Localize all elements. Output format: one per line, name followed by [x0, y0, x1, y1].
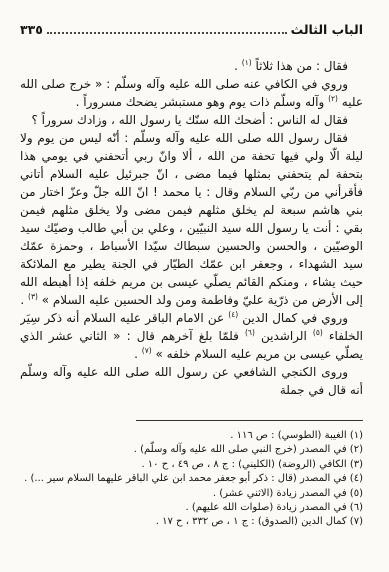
paragraph-text: وآله وسلّم ذات يوم وهو مستبشر يضحك مسرور… [76, 95, 328, 109]
paragraph-text: فقال : من هذا ثلاثاً [252, 59, 348, 73]
footnote-item-4: (٤) في المصدر (قال : ذكر أبو جعفر محمد ا… [20, 472, 363, 486]
paragraph-text: . [234, 59, 242, 73]
paragraph-text: فقال له الناس : أضحك الله سنّك يا رسول ا… [31, 113, 348, 127]
footnote-marker-5: (٥) [313, 328, 323, 337]
footnote-item-6: (٦) في المصدر زيادة (صلوات الله عليهم) . [20, 501, 363, 515]
paragraph-3: فقال له الناس : أضحك الله سنّك يا رسول ا… [20, 111, 363, 129]
paragraph-text: وروي في كمال الدين [238, 311, 348, 325]
footnote-item-5: (٥) في المصدر زيادة (الاثني عشر) . [20, 487, 363, 501]
paragraph-4: فقال رسول الله صلى الله عليه وآله وسلّم … [20, 129, 363, 309]
footnote-list: (١) الغيبة (الطوسي) : ص ١١٦ . (٢) في الم… [20, 429, 363, 530]
paragraph-text: فقال رسول الله صلى الله عليه وآله وسلّم … [20, 131, 363, 307]
main-text: فقال : من هذا ثلاثاً (١) . وروي في الكاف… [20, 57, 363, 399]
footnote-separator [136, 420, 363, 421]
page-header: الباب الثالث ٣٣٥ [20, 22, 363, 37]
book-page: الباب الثالث ٣٣٥ فقال : من هذا ثلاثاً (١… [0, 0, 389, 572]
footnote-marker-7: (٧) [142, 346, 152, 355]
footnote-item-1: (١) الغيبة (الطوسي) : ص ١١٦ . [20, 429, 363, 443]
footnote-item-7: (٧) كمال الدين (الصدوق) : ج ١ ، ص ٣٣٢ ، … [20, 515, 363, 529]
footnote-item-2: (٢) في المصدر (خرج النبي صلى الله عليه و… [20, 443, 363, 457]
paragraph-1: فقال : من هذا ثلاثاً (١) . [20, 57, 363, 75]
paragraph-text: وروى الكنجي الشافعي عن رسول الله صلى الل… [20, 365, 363, 397]
paragraph-text: . [134, 347, 142, 361]
paragraph-6: وروى الكنجي الشافعي عن رسول الله صلى الل… [20, 363, 363, 399]
footnote-section: (١) الغيبة (الطوسي) : ص ١١٦ . (٢) في الم… [20, 420, 363, 530]
page-number: ٣٣٥ [20, 22, 43, 37]
paragraph-text: الراشدين [255, 329, 313, 343]
footnote-marker-1: (١) [242, 58, 252, 67]
paragraph-2: وروي في الكافي عنه صلى الله عليه وآله وس… [20, 75, 363, 111]
paragraph-5: وروي في كمال الدين (٤) عن الامام الباقر … [20, 309, 363, 363]
chapter-title: الباب الثالث [291, 22, 363, 37]
footnote-marker-3: (٣) [28, 292, 38, 301]
dotted-leader [47, 32, 287, 34]
footnote-marker-2: (٢) [328, 94, 338, 103]
paragraph-text: . [20, 293, 28, 307]
footnote-item-3: (٣) الكافي (الروضة) (الكليني) : ج ٨ ، ص … [20, 458, 363, 472]
footnote-marker-4: (٤) [228, 310, 238, 319]
footnote-marker-6: (٦) [245, 328, 255, 337]
